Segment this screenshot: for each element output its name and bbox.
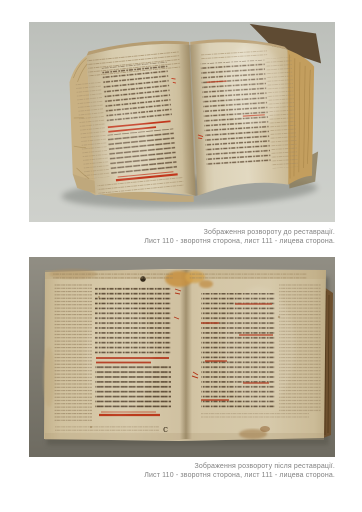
caption-line-2: Лист 110 - зворотня сторона, лист 111 - …: [144, 471, 335, 480]
photo-before-restoration: [29, 22, 335, 222]
gutter-fold: [180, 270, 192, 439]
stain: [199, 280, 213, 288]
open-book-photo: [29, 22, 335, 222]
photo-after-restoration: с: [29, 257, 335, 457]
caption-line-1: Зображення розвороту після реставрації.: [144, 462, 335, 471]
top-script-row: [53, 273, 173, 280]
document-page: Зображення розвороту до реставрації. Лис…: [0, 0, 362, 512]
caption-line-2: Лист 110 - зворотня сторона, лист 111 - …: [144, 237, 335, 246]
folio-mark: с: [163, 425, 168, 435]
open-book: [56, 22, 326, 211]
flattened-spread-photo: с: [29, 257, 335, 457]
page-highlight: [223, 287, 295, 407]
caption-line-1: Зображення розвороту до реставрації.: [144, 228, 335, 237]
page-highlight: [85, 299, 153, 415]
top-script-row: [189, 273, 307, 280]
caption-before-restoration: Зображення розвороту до реставрації. Лис…: [144, 228, 335, 247]
stain: [43, 347, 55, 407]
caption-after-restoration: Зображення розвороту після реставрації. …: [144, 462, 335, 481]
stain: [260, 426, 270, 432]
